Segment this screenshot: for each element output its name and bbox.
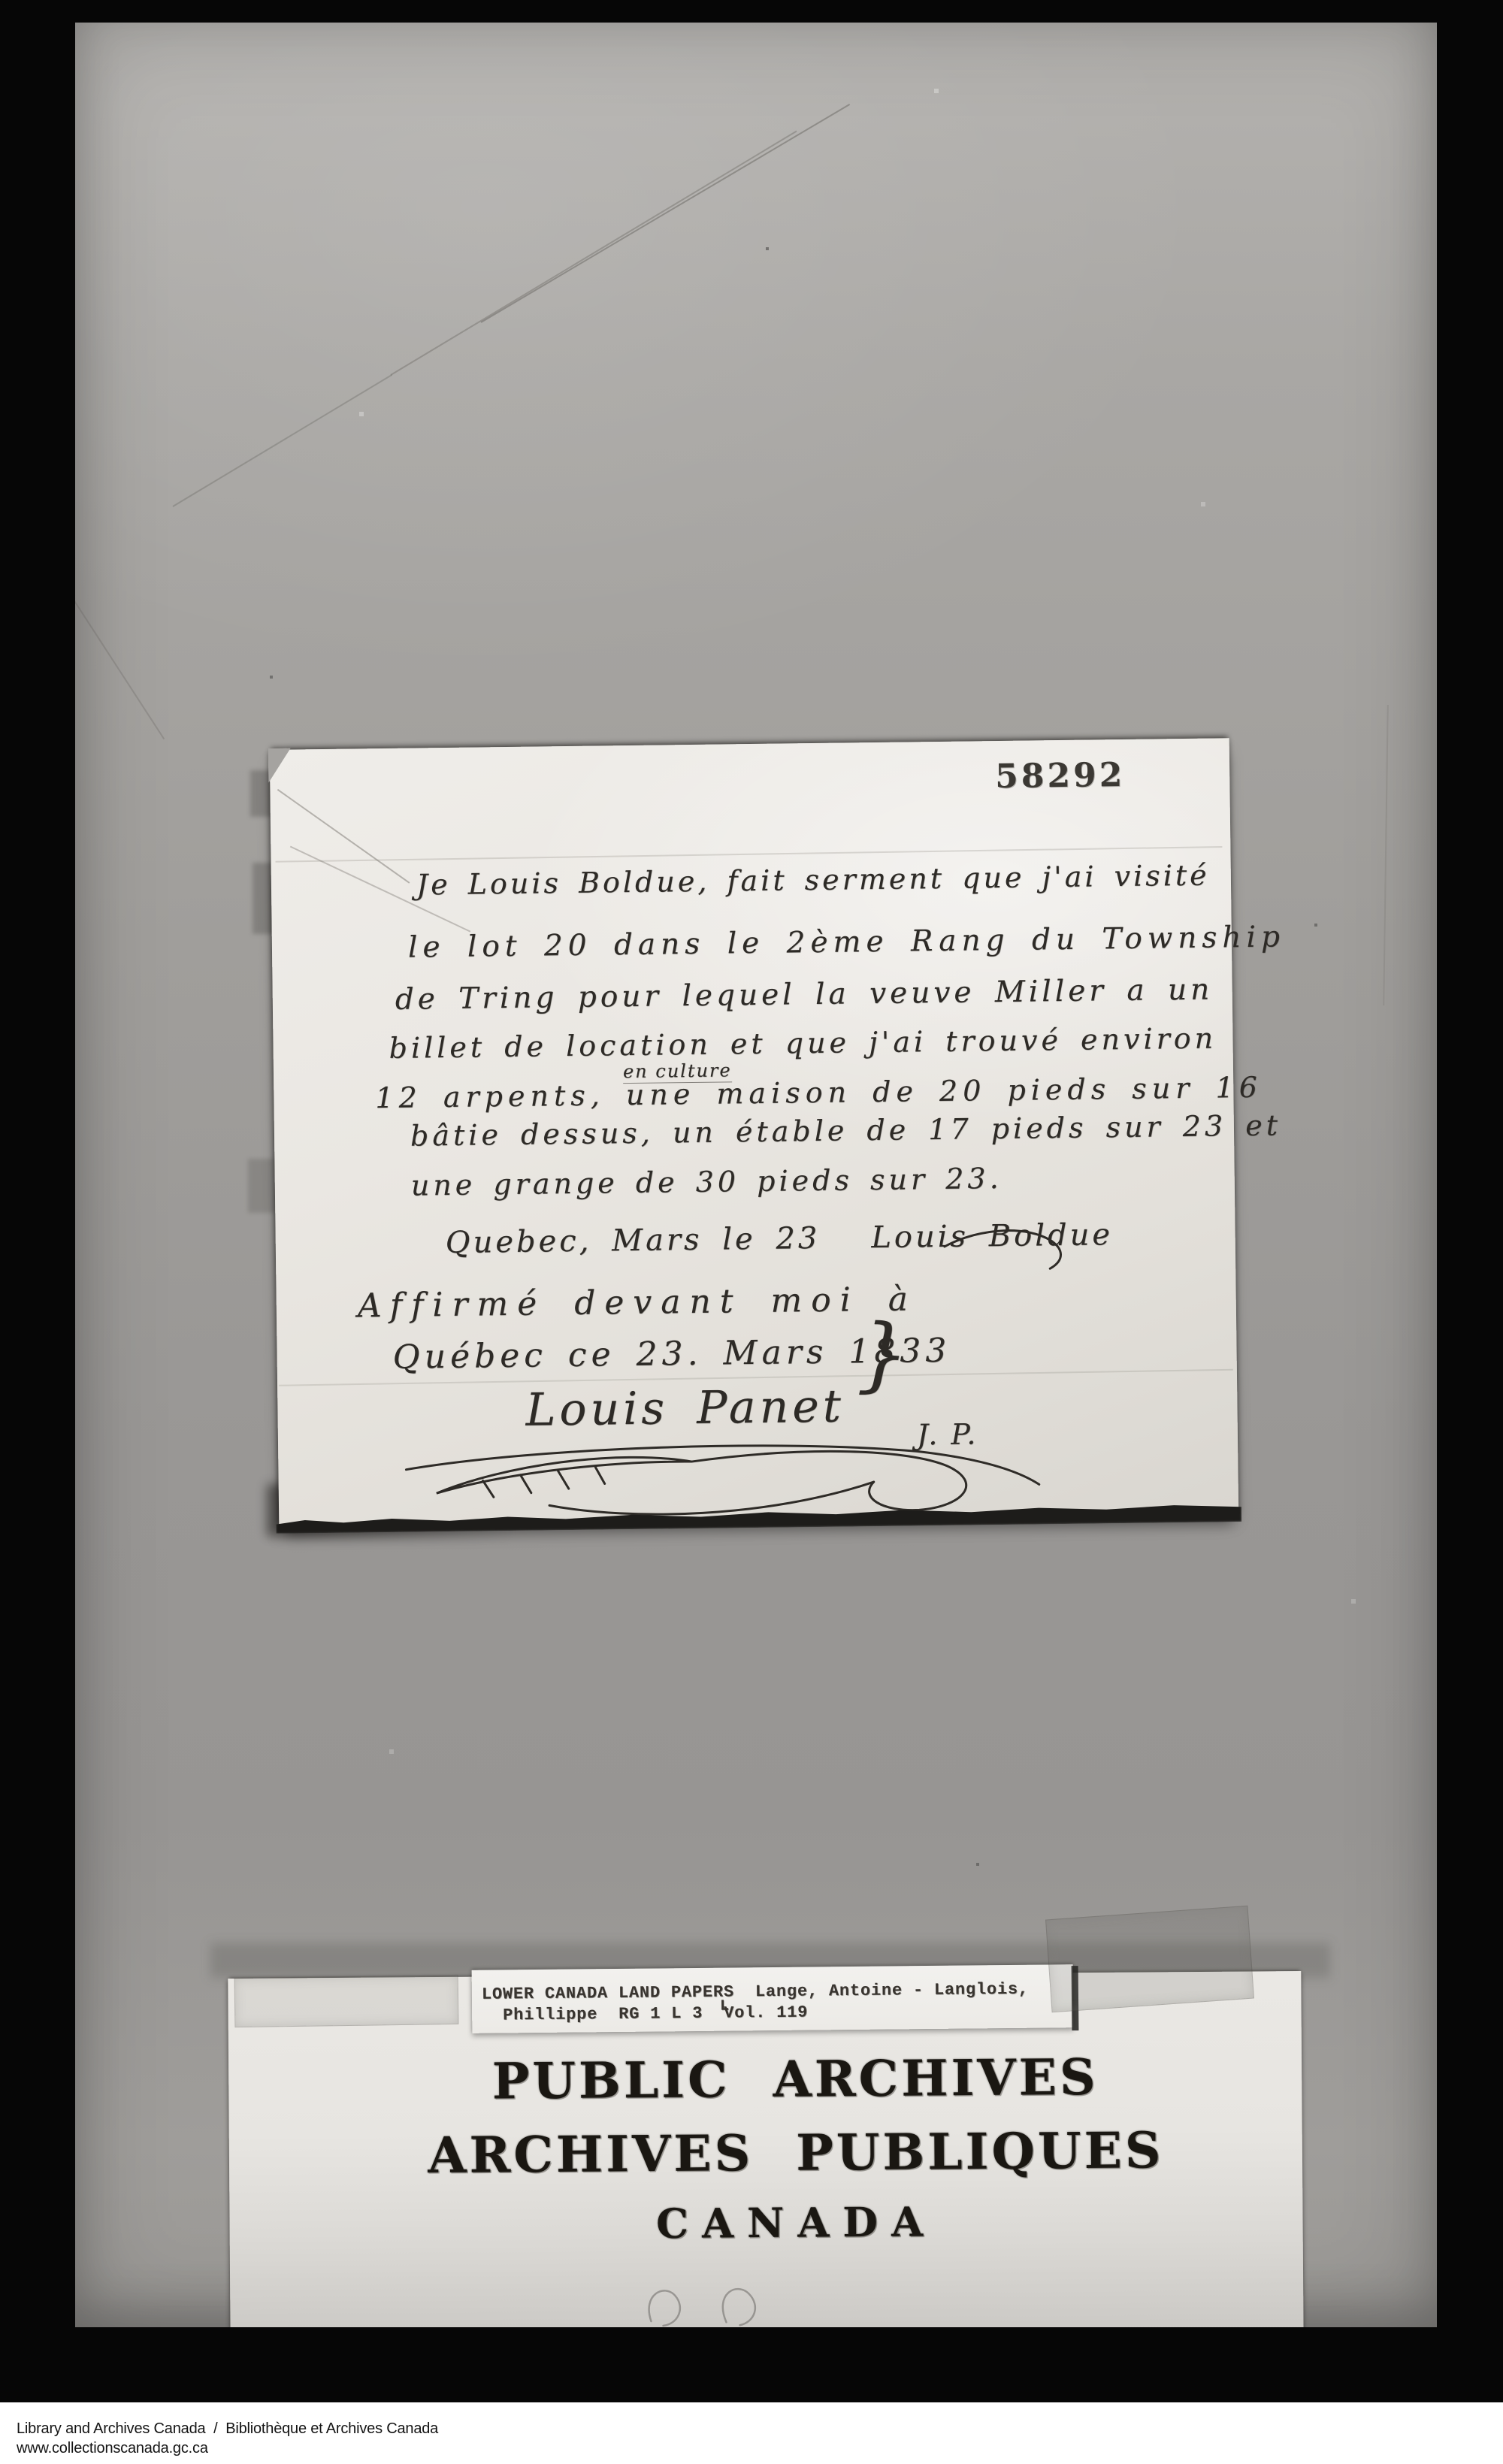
manuscript-line: Je Louis Boldue, fait serment que j'ai v… — [416, 859, 1210, 902]
pencil-scribble — [628, 2275, 794, 2327]
fold-crease — [277, 789, 410, 884]
microfilm-backing-sheet: 58292 Je Louis Boldue, fait serment que … — [75, 23, 1437, 2327]
lac-url: www.collectionscanada.gc.ca — [17, 2440, 208, 2457]
adhesive-tape — [1045, 1906, 1254, 2013]
manuscript-line: billet de location et que j'ai trouvé en… — [389, 1021, 1217, 1064]
archives-stamp-line-canada: CANADA — [259, 2195, 1332, 2251]
manuscript-line: de Tring pour lequel la veuve Miller a u… — [395, 973, 1214, 1017]
scratch-mark — [75, 592, 165, 739]
torn-corner — [268, 748, 292, 782]
label-series-title: LOWER CANADA LAND PAPERS Lange, Antoine … — [482, 1980, 1029, 2004]
manuscript-line: le lot 20 dans le 2ème Rang du Township — [408, 920, 1286, 964]
scratch-mark — [390, 131, 797, 376]
manuscript-brace: } — [856, 1307, 910, 1402]
edge-smudge — [248, 1159, 275, 1213]
signature-flourish — [391, 1425, 1068, 1522]
scratch-mark — [1383, 705, 1389, 1005]
dust-specks — [75, 23, 77, 24]
manuscript-line: 12 arpents, une maison de 20 pieds sur 1… — [375, 1071, 1263, 1114]
catalog-label-strip: LOWER CANADA LAND PAPERS Lange, Antoine … — [472, 1964, 1074, 2033]
lac-footer-strip: Library and Archives Canada / Bibliothèq… — [0, 2402, 1503, 2464]
adhesive-tape — [234, 1975, 459, 2027]
label-typo-correction: L — [720, 1998, 730, 2015]
manuscript-line-attestation: Affirmé devant moi à — [357, 1280, 917, 1325]
pen-swash — [936, 1221, 1080, 1275]
handwritten-affidavit-page: 58292 Je Louis Boldue, fait serment que … — [270, 738, 1239, 1528]
label-reference: Phillippe RG 1 L 3 Vol. 119 — [503, 2003, 808, 2025]
archives-stamp-line-fr: ARCHIVES PUBLIQUES — [259, 2120, 1333, 2186]
scratch-mark — [172, 374, 392, 507]
lac-attribution: Library and Archives Canada / Bibliothèq… — [17, 2420, 438, 2438]
scratch-mark — [480, 104, 850, 323]
document-number-stamp: 58292 — [995, 756, 1126, 796]
archives-stamp-line-en: PUBLIC ARCHIVES — [259, 2046, 1332, 2112]
manuscript-line: une grange de 30 pieds sur 23. — [411, 1162, 1003, 1202]
manuscript-line: bâtie dessus, un étable de 17 pieds sur … — [410, 1108, 1281, 1152]
